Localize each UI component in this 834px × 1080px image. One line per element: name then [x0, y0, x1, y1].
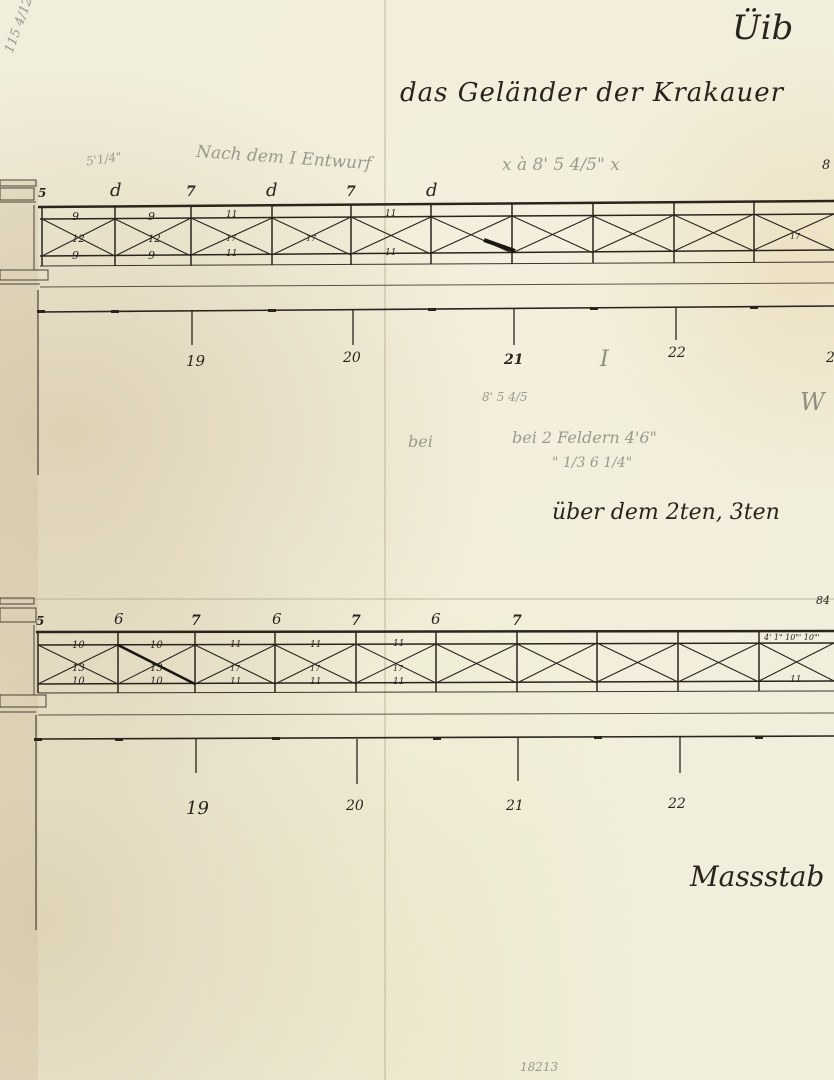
cross-number: 17	[310, 664, 320, 673]
rail-number: 10	[150, 676, 163, 687]
rail-number: 9	[148, 210, 155, 223]
station-number: 19	[186, 352, 205, 370]
cross-number: 17	[790, 232, 800, 241]
cross-number: 17	[393, 664, 403, 673]
post-label-right: 8	[822, 158, 830, 173]
rail-number: 11	[385, 248, 396, 258]
station-number: 21	[506, 798, 524, 814]
rail-number: 11	[393, 677, 404, 687]
rail-number: 9	[148, 249, 155, 262]
rail-number: 10	[150, 640, 163, 651]
cross-number: 13	[150, 663, 163, 674]
svg-text:W: W	[800, 388, 827, 416]
rail-number: 9	[72, 249, 79, 262]
section-mark: I	[599, 347, 610, 372]
cross-number: 12	[72, 234, 85, 245]
rail-number: 11	[310, 677, 321, 687]
post-label: 6	[272, 610, 282, 628]
cross-number: 17	[226, 234, 236, 243]
railing-drawing: I W	[0, 0, 834, 1080]
rail-number: 9	[72, 210, 79, 223]
rail-number: 11	[385, 209, 396, 219]
post-label: d	[426, 180, 438, 201]
post-label: 7	[191, 613, 201, 629]
rail-number: 11	[790, 675, 801, 685]
post-label: 7	[186, 184, 196, 200]
post-label: 5	[36, 614, 44, 628]
station-number: 20	[343, 350, 361, 366]
cross-number: 17	[230, 664, 240, 673]
rail-number: 11	[230, 677, 241, 687]
post-label: 6	[431, 610, 441, 628]
station-number: 20	[346, 798, 364, 814]
post-label: d	[266, 180, 278, 201]
station-number: 21	[504, 352, 523, 368]
rail-number: 10	[72, 640, 85, 651]
station-number: 19	[186, 798, 209, 819]
rail-number: 11	[226, 249, 237, 259]
cross-number: 13	[72, 663, 85, 674]
rail-number: 11	[393, 639, 404, 649]
post-label: 5	[38, 186, 46, 200]
rail-number: 10	[72, 676, 85, 687]
rail-number: 11	[310, 640, 321, 650]
post-label: 7	[351, 613, 361, 629]
rail-number: 11	[230, 640, 241, 650]
post-label: d	[110, 180, 122, 201]
post-label: 7	[346, 184, 356, 200]
post-label: 7	[512, 613, 522, 629]
post-label-right: 84	[816, 594, 830, 607]
cross-number: 12	[148, 234, 161, 245]
station-number: 22	[668, 345, 686, 361]
station-number: 2	[826, 350, 834, 366]
panel-dimension: 4' 1" 10"' 10"'	[764, 633, 820, 642]
cross-number: 17	[306, 234, 316, 243]
rail-number: 11	[226, 210, 237, 220]
post-label: 6	[114, 610, 124, 628]
station-number: 22	[668, 796, 686, 812]
